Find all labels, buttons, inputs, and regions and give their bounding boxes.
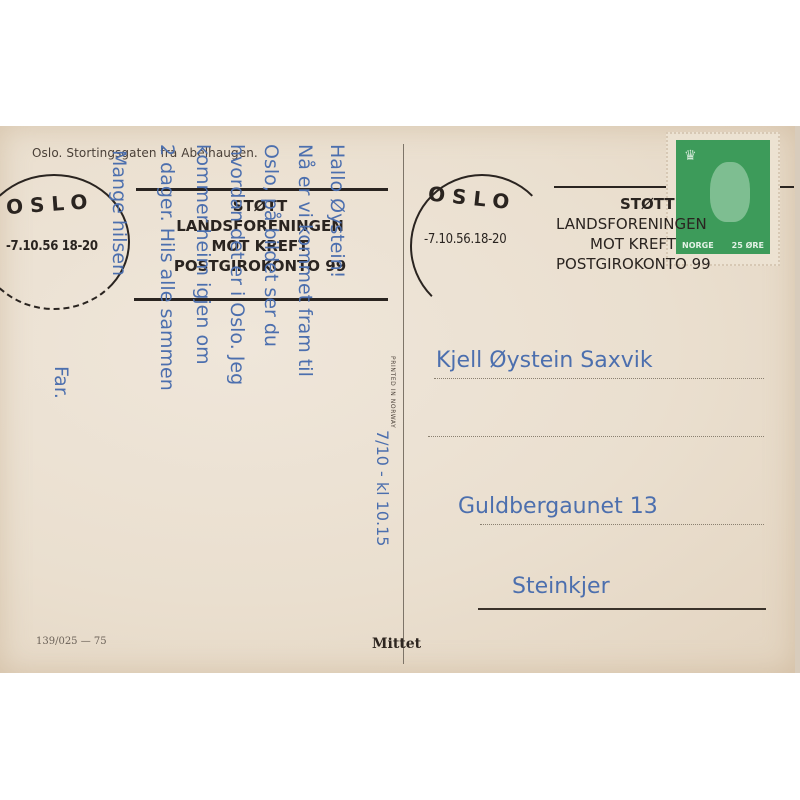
address-line-4 (478, 608, 766, 610)
address-line-2 (428, 436, 764, 437)
address-divider (403, 144, 404, 664)
slogan-line: POSTGIROKONTO 99 (556, 254, 796, 274)
address-line-1 (434, 378, 764, 379)
crown-icon: ♛ (684, 148, 697, 164)
message-line: Oslo, på bildet ser du (260, 144, 282, 347)
slogan-line: MOT KREFT (556, 234, 796, 254)
postmark-slogan-right: STØTT LANDSFORENINGEN MOT KREFT POSTGIRO… (556, 194, 796, 274)
message-line: Nå er vi kommet fram til (294, 144, 316, 377)
address-city: Steinkjer (512, 574, 610, 599)
message-signature: Far. (50, 366, 72, 399)
message-closing: Mange hilsen (108, 150, 130, 276)
message-date-note: 7/10 - kl 10.15 (373, 430, 392, 546)
slogan-line: LANDSFORENINGEN (556, 214, 796, 234)
picture-caption: Oslo. Stortingsgaten fra Abelhaugen. (32, 146, 258, 160)
postmark-date-left: -7.10.56 18-20 (6, 239, 98, 254)
address-name: Kjell Øystein Saxvik (436, 348, 653, 373)
message-line: kommer heim igjen om (192, 144, 214, 365)
publisher-logo: Mittet (372, 636, 421, 652)
address-line-3 (480, 524, 764, 525)
message-line: Hallo Øystein! (326, 144, 348, 278)
address-street: Guldbergaunet 13 (458, 494, 658, 519)
postmark-date-right: -7.10.56.18-20 (424, 232, 506, 247)
printed-in-norway: PRINTED IN NORWAY (389, 356, 396, 428)
message-line: hvordan det er i Oslo. Jeg (226, 144, 248, 385)
postcard-back: Oslo. Stortingsgaten fra Abelhaugen. OSL… (0, 126, 795, 673)
message-line: 2 dager. Hils alle sammen (156, 144, 178, 391)
slogan-line: STØTT (556, 194, 796, 214)
catalog-code: 139/025 — 75 (36, 636, 107, 647)
